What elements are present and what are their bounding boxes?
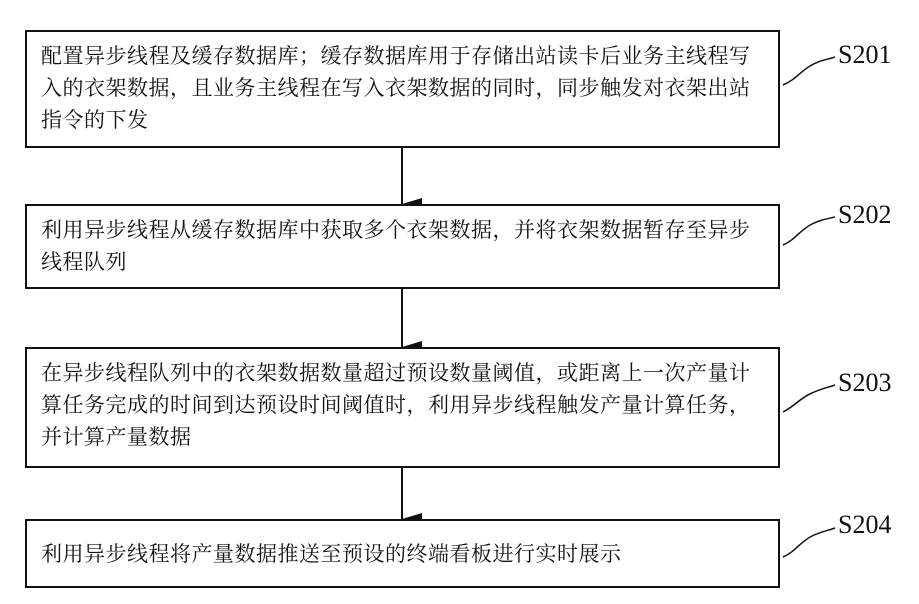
step-text-s202: 利用异步线程从缓存数据库中获取多个衣架数据，并将衣架数据暂存至异步线程队列	[41, 214, 764, 278]
step-box-s204: 利用异步线程将产量数据推送至预设的终端看板进行实时展示	[25, 519, 780, 588]
step-label-s201: S201	[838, 40, 891, 70]
step-box-s203: 在异步线程队列中的衣架数据数量超过预设数量阈值，或距离上一次产量计算任务完成的时…	[25, 347, 780, 468]
step-label-s204: S204	[838, 510, 891, 540]
step-text-s204: 利用异步线程将产量数据推送至预设的终端看板进行实时展示	[41, 538, 764, 570]
leader-line-s202	[783, 217, 835, 245]
step-label-s203: S203	[838, 368, 891, 398]
leader-line-s201	[783, 57, 835, 85]
step-text-s201: 配置异步线程及缓存数据库；缓存数据库用于存储出站读卡后业务主线程写入的衣架数据，…	[41, 40, 764, 136]
step-label-s202: S202	[838, 200, 891, 230]
step-text-s203: 在异步线程队列中的衣架数据数量超过预设数量阈值，或距离上一次产量计算任务完成的时…	[41, 357, 764, 453]
step-box-s202: 利用异步线程从缓存数据库中获取多个衣架数据，并将衣架数据暂存至异步线程队列	[25, 204, 780, 289]
step-box-s201: 配置异步线程及缓存数据库；缓存数据库用于存储出站读卡后业务主线程写入的衣架数据，…	[25, 30, 780, 148]
leader-line-s203	[783, 385, 835, 412]
leader-line-s204	[783, 528, 835, 557]
